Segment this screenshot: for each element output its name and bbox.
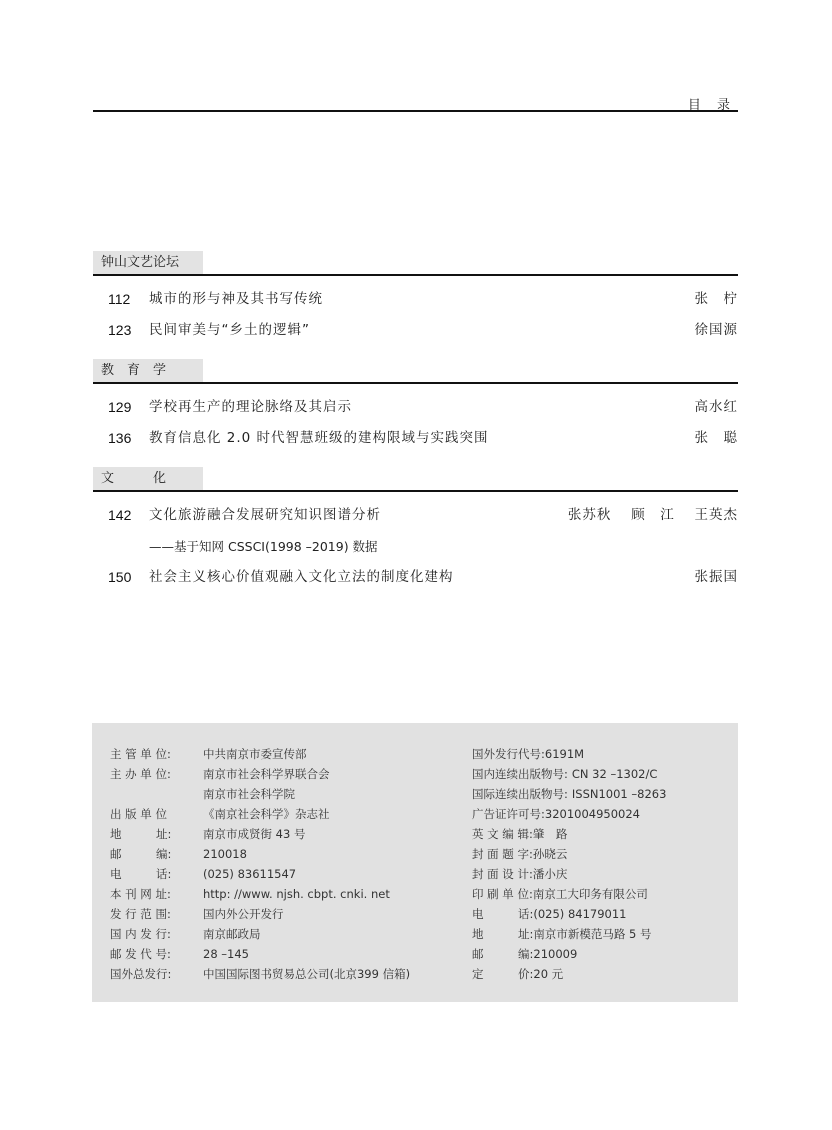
info-label: 电 话:	[472, 904, 533, 924]
info-row: 出 版 单 位《南京社会科学》杂志社	[110, 804, 410, 824]
section-tab: 教 育 学	[93, 359, 203, 382]
info-label: 地 址:	[472, 924, 533, 944]
info-label: 主 办 单 位:	[110, 764, 203, 784]
info-label: 封 面 题 字:	[472, 844, 533, 864]
info-label: 邮 编:	[110, 844, 203, 864]
entry-title[interactable]: 教育信息化 2.0 时代智慧班级的建构限域与实践突围	[149, 428, 489, 448]
info-value: 南京工大印务有限公司	[533, 884, 648, 904]
section-tab: 钟山文艺论坛	[93, 251, 203, 274]
info-value: 中共南京市委宣传部	[203, 744, 307, 764]
info-value: 中国国际图书贸易总公司(北京399 信箱)	[203, 964, 410, 984]
info-value: 《南京社会科学》杂志社	[203, 804, 330, 824]
info-label: 地 址:	[110, 824, 203, 844]
info-row: 邮 发 代 号:28 –145	[110, 944, 410, 964]
info-row: 地 址:南京市新模范马路 5 号	[472, 924, 666, 944]
info-row: 电 话:(025) 83611547	[110, 864, 410, 884]
entry-page: 129	[108, 397, 140, 417]
info-row: 国 内 发 行:南京邮政局	[110, 924, 410, 944]
info-row: 国内连续出版物号:CN 32 –1302/C	[472, 764, 666, 784]
info-value: 210018	[203, 844, 247, 864]
info-value: (025) 83611547	[203, 864, 296, 884]
section-rule	[93, 274, 738, 276]
info-row: 邮 编:210009	[472, 944, 666, 964]
entry-title[interactable]: 民间审美与“乡土的逻辑”	[149, 320, 310, 340]
section-culture: 文 化	[93, 467, 738, 492]
info-label: 英 文 编 辑:	[472, 824, 533, 844]
info-value: CN 32 –1302/C	[572, 764, 658, 784]
info-label: 广告证许可号:	[472, 804, 545, 824]
info-value: 28 –145	[203, 944, 249, 964]
info-value: 210009	[533, 944, 577, 964]
info-row: 广告证许可号:3201004950024	[472, 804, 666, 824]
info-label: 本 刊 网 址:	[110, 884, 203, 904]
info-label: 国内连续出版物号:	[472, 764, 568, 784]
entry-page: 112	[108, 289, 140, 309]
info-value-website[interactable]: http: //www. njsh. cbpt. cnki. net	[203, 884, 390, 904]
toc-entry[interactable]: 112 城市的形与神及其书写传统 张 柠	[93, 289, 738, 309]
info-row: 印 刷 单 位:南京工大印务有限公司	[472, 884, 666, 904]
header-rule	[93, 110, 738, 112]
info-label: 邮 编:	[472, 944, 533, 964]
info-row: 封 面 设 计:潘小庆	[472, 864, 666, 884]
info-row: 英 文 编 辑:肇 路	[472, 824, 666, 844]
info-value: 国内外公开发行	[203, 904, 284, 924]
info-label: 定 价:	[472, 964, 533, 984]
entry-page: 150	[108, 567, 140, 587]
info-row: 电 话:(025) 84179011	[472, 904, 666, 924]
toc-entry[interactable]: 150 社会主义核心价值观融入文化立法的制度化建构 张振国	[93, 567, 738, 587]
info-label: 国外总发行:	[110, 964, 203, 984]
section-rule	[93, 382, 738, 384]
info-label: 国际连续出版物号:	[472, 784, 568, 804]
info-row: 定 价:20 元	[472, 964, 666, 984]
info-value: 肇 路	[533, 824, 568, 844]
info-value: 20 元	[533, 964, 563, 984]
entry-title[interactable]: 社会主义核心价值观融入文化立法的制度化建构	[149, 567, 454, 587]
info-value: 南京市社会科学界联合会	[203, 764, 330, 784]
entry-title[interactable]: 城市的形与神及其书写传统	[149, 289, 323, 309]
entry-author: 徐国源	[695, 320, 739, 340]
info-value: ISSN1001 –8263	[572, 784, 667, 804]
info-value: 6191M	[545, 744, 584, 764]
info-row: 国际连续出版物号:ISSN1001 –8263	[472, 784, 666, 804]
section-education: 教 育 学	[93, 359, 738, 384]
entry-title[interactable]: 学校再生产的理论脉络及其启示	[149, 397, 352, 417]
info-row: 本 刊 网 址:http: //www. njsh. cbpt. cnki. n…	[110, 884, 410, 904]
info-value: 南京市社会科学院	[203, 784, 295, 804]
info-row: 南京市社会科学院	[110, 784, 410, 804]
info-label: 国外发行代号:	[472, 744, 545, 764]
info-row: 封 面 题 字:孙晓云	[472, 844, 666, 864]
entry-page: 136	[108, 428, 140, 448]
info-value: 孙晓云	[533, 844, 568, 864]
info-row: 主 管 单 位:中共南京市委宣传部	[110, 744, 410, 764]
info-value: 3201004950024	[545, 804, 640, 824]
section-zhongshan: 钟山文艺论坛	[93, 251, 738, 276]
info-label: 国 内 发 行:	[110, 924, 203, 944]
publication-info-box: 主 管 单 位:中共南京市委宣传部 主 办 单 位:南京市社会科学界联合会 南京…	[92, 723, 738, 1002]
info-row: 邮 编:210018	[110, 844, 410, 864]
entry-author: 张 聪	[695, 428, 739, 448]
entry-author: 张振国	[695, 567, 739, 587]
entry-author: 张 柠	[695, 289, 739, 309]
info-label: 出 版 单 位	[110, 804, 203, 824]
toc-entry[interactable]: 129 学校再生产的理论脉络及其启示 高水红	[93, 397, 738, 417]
entry-page: 123	[108, 320, 140, 340]
info-column-right: 国外发行代号:6191M 国内连续出版物号:CN 32 –1302/C 国际连续…	[472, 744, 666, 984]
info-label: 主 管 单 位:	[110, 744, 203, 764]
info-row: 国外发行代号:6191M	[472, 744, 666, 764]
entry-title[interactable]: 文化旅游融合发展研究知识图谱分析	[149, 505, 381, 525]
entry-subtitle: ——基于知网 CSSCI(1998 –2019) 数据	[149, 537, 378, 557]
info-value: 南京市成贤街 43 号	[203, 824, 305, 844]
entry-author: 高水红	[695, 397, 739, 417]
info-label: 邮 发 代 号:	[110, 944, 203, 964]
info-label: 发 行 范 围:	[110, 904, 203, 924]
info-label: 封 面 设 计:	[472, 864, 533, 884]
info-row: 地 址:南京市成贤街 43 号	[110, 824, 410, 844]
toc-entry[interactable]: 123 民间审美与“乡土的逻辑” 徐国源	[93, 320, 738, 340]
entry-page: 142	[108, 505, 140, 525]
toc-entry[interactable]: 142 文化旅游融合发展研究知识图谱分析 张苏秋 顾 江 王英杰	[93, 505, 738, 525]
info-row: 国外总发行:中国国际图书贸易总公司(北京399 信箱)	[110, 964, 410, 984]
info-value: (025) 84179011	[533, 904, 626, 924]
info-column-left: 主 管 单 位:中共南京市委宣传部 主 办 单 位:南京市社会科学界联合会 南京…	[110, 744, 410, 984]
entry-author: 张苏秋 顾 江 王英杰	[568, 505, 738, 525]
info-value: 南京邮政局	[203, 924, 261, 944]
section-tab: 文 化	[93, 467, 203, 490]
section-rule	[93, 490, 738, 492]
info-label: 印 刷 单 位:	[472, 884, 533, 904]
info-label: 电 话:	[110, 864, 203, 884]
toc-entry[interactable]: 136 教育信息化 2.0 时代智慧班级的建构限域与实践突围 张 聪	[93, 428, 738, 448]
info-value: 南京市新模范马路 5 号	[533, 924, 651, 944]
info-value: 潘小庆	[533, 864, 568, 884]
info-row: 主 办 单 位:南京市社会科学界联合会	[110, 764, 410, 784]
info-row: 发 行 范 围:国内外公开发行	[110, 904, 410, 924]
